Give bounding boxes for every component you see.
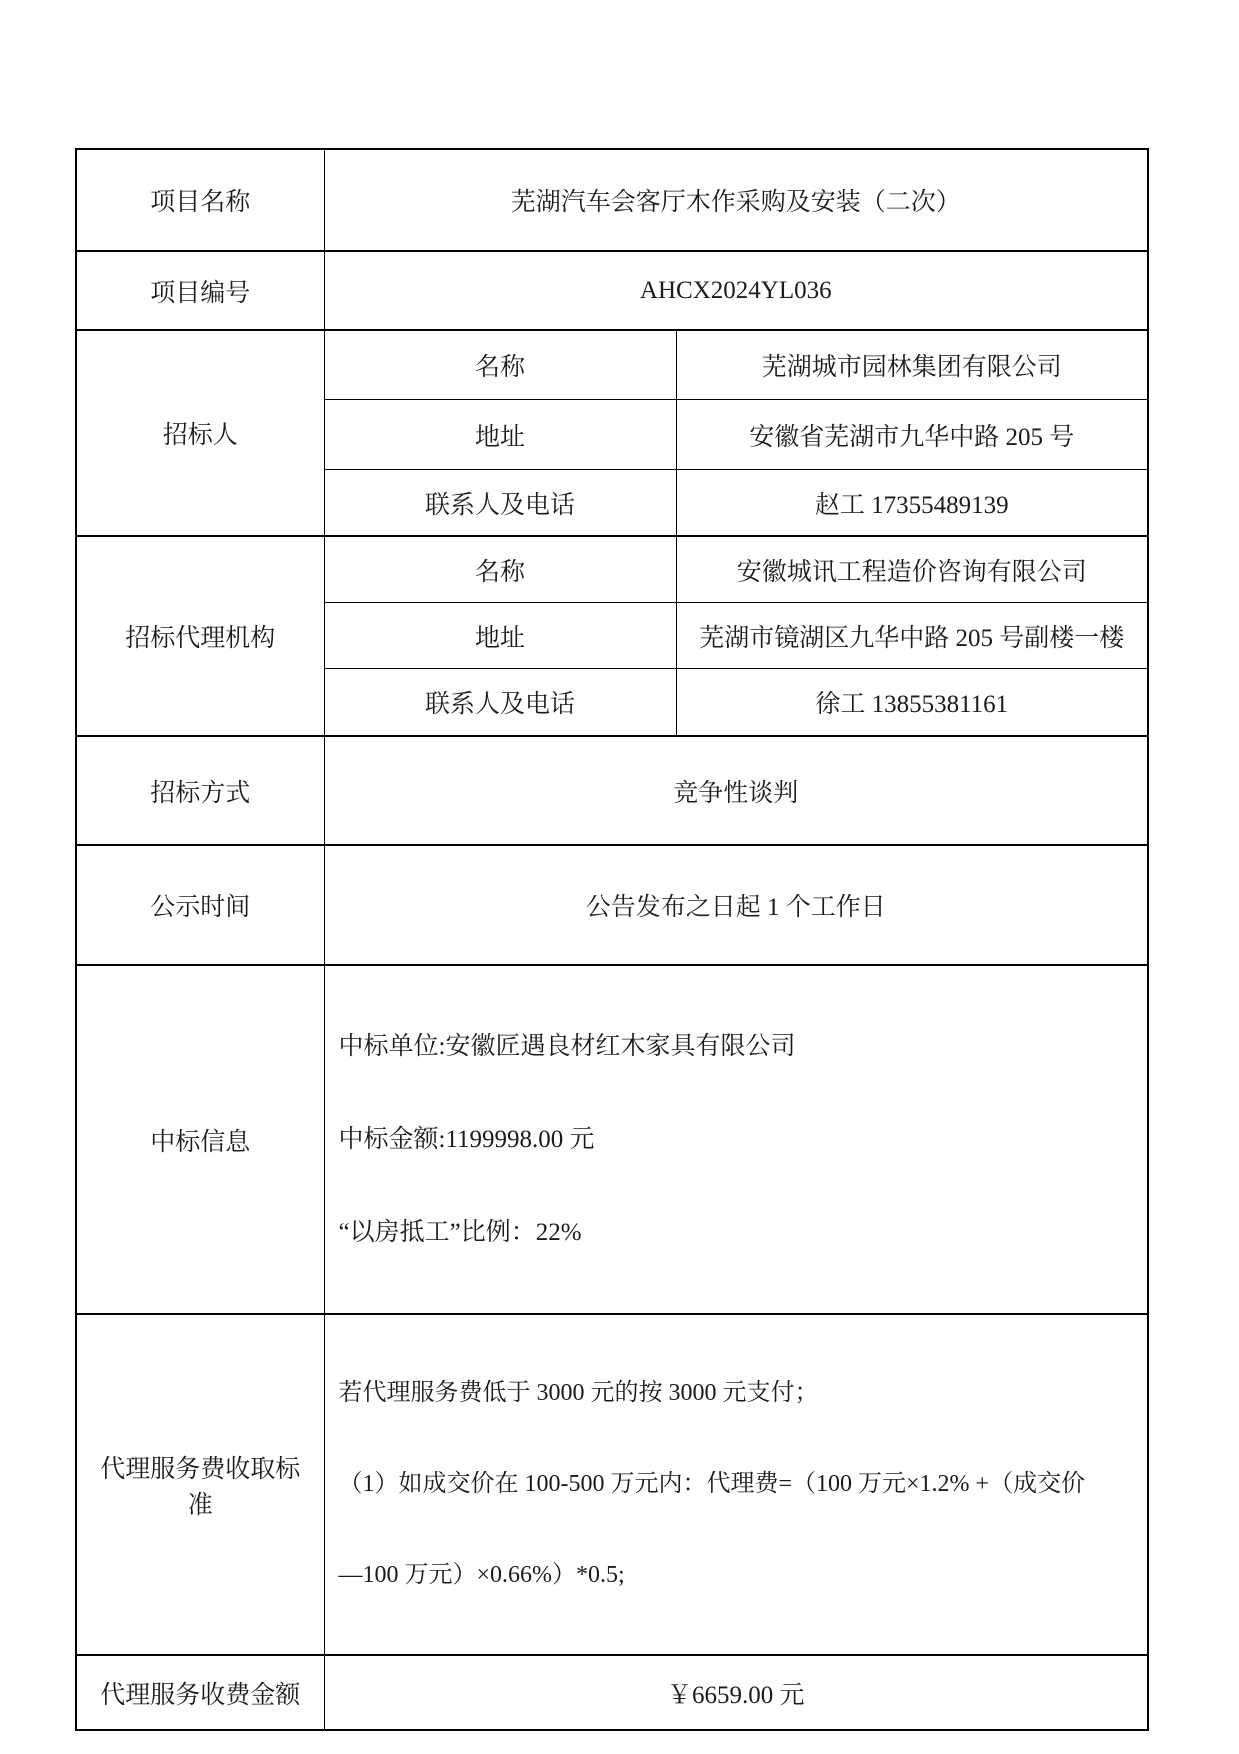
row-project-name: 项目名称 芜湖汽车会客厅木作采购及安装（二次） bbox=[76, 149, 1148, 251]
fee-amount-label: 代理服务收费金额 bbox=[76, 1655, 324, 1730]
tenderer-contact-key: 联系人及电话 bbox=[324, 470, 676, 537]
award-winner-line: 中标单位:安徽匠遇良材红木家具有限公司 bbox=[339, 1028, 1142, 1065]
project-name-value: 芜湖汽车会客厅木作采购及安装（二次） bbox=[324, 149, 1148, 251]
award-info-value: 中标单位:安徽匠遇良材红木家具有限公司 中标金额:1199998.00 元 “以… bbox=[324, 965, 1148, 1314]
fee-standard-line-2: （1）如成交价在 100-500 万元内：代理费=（100 万元×1.2% +（… bbox=[339, 1466, 1142, 1503]
publicity-time-value: 公告发布之日起 1 个工作日 bbox=[324, 845, 1148, 965]
fee-amount-value: ￥6659.00 元 bbox=[324, 1655, 1148, 1730]
agency-contact-key: 联系人及电话 bbox=[324, 669, 676, 737]
row-fee-standard: 代理服务费收取标准 若代理服务费低于 3000 元的按 3000 元支付； （1… bbox=[76, 1314, 1148, 1655]
row-tender-method: 招标方式 竞争性谈判 bbox=[76, 736, 1148, 845]
row-fee-amount: 代理服务收费金额 ￥6659.00 元 bbox=[76, 1655, 1148, 1730]
agency-name-value: 安徽城讯工程造价咨询有限公司 bbox=[676, 536, 1148, 603]
row-award-info: 中标信息 中标单位:安徽匠遇良材红木家具有限公司 中标金额:1199998.00… bbox=[76, 965, 1148, 1314]
tenderer-address-key: 地址 bbox=[324, 400, 676, 470]
award-ratio-line: “以房抵工”比例：22% bbox=[339, 1214, 1142, 1251]
tender-method-label: 招标方式 bbox=[76, 736, 324, 845]
fee-standard-line-3: —100 万元）×0.66%）*0.5; bbox=[339, 1557, 1142, 1594]
tenderer-name-value: 芜湖城市园林集团有限公司 bbox=[676, 330, 1148, 400]
project-name-label: 项目名称 bbox=[76, 149, 324, 251]
tenderer-label: 招标人 bbox=[76, 330, 324, 536]
row-project-number: 项目编号 AHCX2024YL036 bbox=[76, 251, 1148, 330]
row-tenderer-name: 招标人 名称 芜湖城市园林集团有限公司 bbox=[76, 330, 1148, 400]
row-publicity-time: 公示时间 公告发布之日起 1 个工作日 bbox=[76, 845, 1148, 965]
tender-info-table: 项目名称 芜湖汽车会客厅木作采购及安装（二次） 项目编号 AHCX2024YL0… bbox=[75, 148, 1149, 1731]
project-number-value: AHCX2024YL036 bbox=[324, 251, 1148, 330]
row-agency-name: 招标代理机构 名称 安徽城讯工程造价咨询有限公司 bbox=[76, 536, 1148, 603]
project-number-label: 项目编号 bbox=[76, 251, 324, 330]
agency-address-key: 地址 bbox=[324, 603, 676, 669]
tenderer-contact-value: 赵工 17355489139 bbox=[676, 470, 1148, 537]
fee-standard-line-1: 若代理服务费低于 3000 元的按 3000 元支付； bbox=[339, 1375, 1142, 1412]
tenderer-name-key: 名称 bbox=[324, 330, 676, 400]
agency-label: 招标代理机构 bbox=[76, 536, 324, 736]
award-amount-line: 中标金额:1199998.00 元 bbox=[339, 1121, 1142, 1158]
award-info-label: 中标信息 bbox=[76, 965, 324, 1314]
tenderer-address-value: 安徽省芜湖市九华中路 205 号 bbox=[676, 400, 1148, 470]
fee-standard-value: 若代理服务费低于 3000 元的按 3000 元支付； （1）如成交价在 100… bbox=[324, 1314, 1148, 1655]
agency-contact-value: 徐工 13855381161 bbox=[676, 669, 1148, 737]
agency-address-value: 芜湖市镜湖区九华中路 205 号副楼一楼 bbox=[676, 603, 1148, 669]
publicity-time-label: 公示时间 bbox=[76, 845, 324, 965]
fee-standard-label: 代理服务费收取标准 bbox=[76, 1314, 324, 1655]
tender-method-value: 竞争性谈判 bbox=[324, 736, 1148, 845]
agency-name-key: 名称 bbox=[324, 536, 676, 603]
